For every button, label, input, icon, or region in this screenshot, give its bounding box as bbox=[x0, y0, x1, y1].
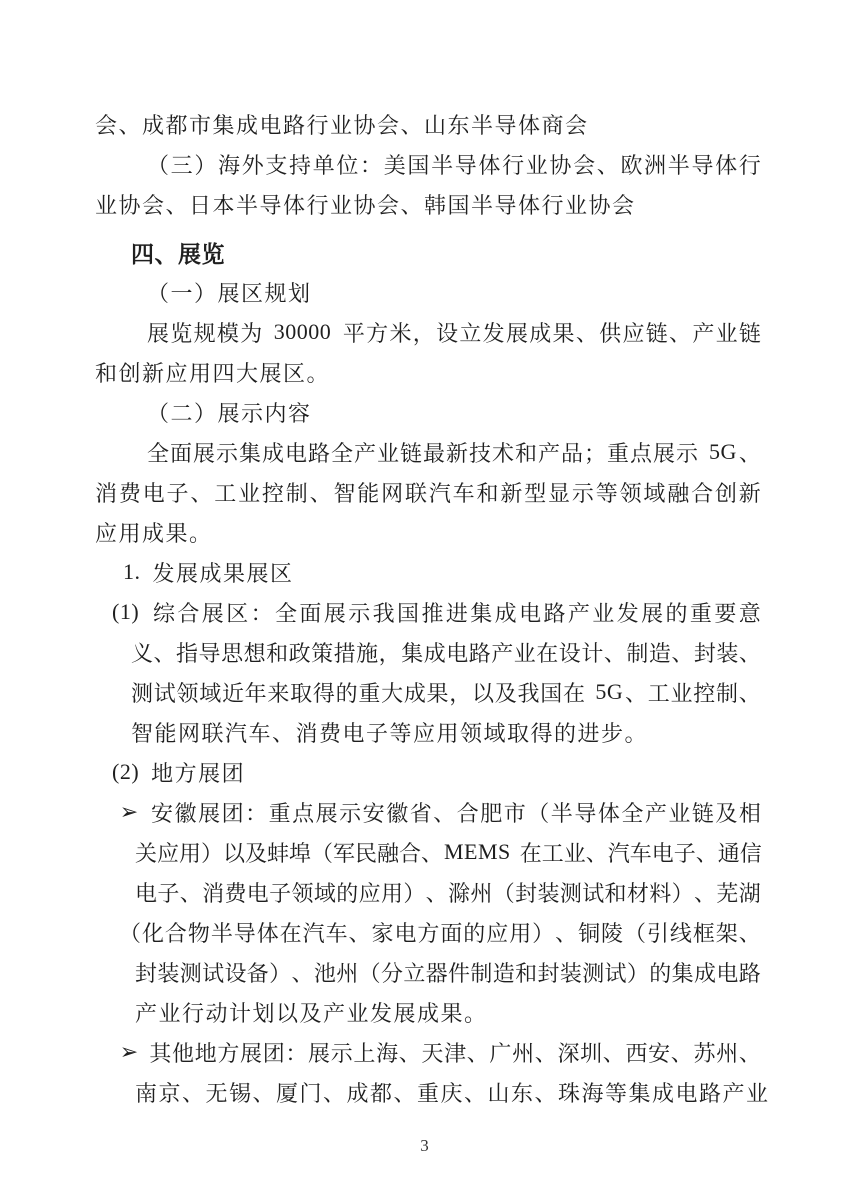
text-line: 义、指导思想和政策措施，集成电路产业在设计、制造、封装、 bbox=[95, 632, 761, 672]
text-line: 四、展览 bbox=[95, 232, 761, 272]
text-line: 1.发展成果展区 bbox=[95, 552, 761, 592]
text-line: 和创新应用四大展区。 bbox=[95, 352, 761, 392]
text-line: 会、成都市集成电路行业协会、山东半导体商会 bbox=[95, 104, 761, 144]
text-line: 全面展示集成电路全产业链最新技术和产品；重点展示5G、 bbox=[95, 432, 761, 472]
text-line: 业协会、日本半导体行业协会、韩国半导体行业协会 bbox=[95, 184, 761, 224]
text-line: 电子、消费电子领域的应用）、滁州（封装测试和材料）、芜湖 bbox=[95, 872, 761, 912]
text-line: （二）展示内容 bbox=[95, 392, 761, 432]
document-body: 会、成都市集成电路行业协会、山东半导体商会（三）海外支持单位：美国半导体行业协会… bbox=[95, 104, 761, 1112]
text-line: 关应用）以及蚌埠（军民融合、MEMS在工业、汽车电子、通信 bbox=[95, 832, 761, 872]
text-line: ➢安徽展团：重点展示安徽省、合肥市（半导体全产业链及相 bbox=[95, 792, 761, 832]
text-line: （化合物半导体在汽车、家电方面的应用）、铜陵（引线框架、 bbox=[95, 912, 761, 952]
text-line: 消费电子、工业控制、智能网联汽车和新型显示等领域融合创新 bbox=[95, 472, 761, 512]
text-line: ➢其他地方展团：展示上海、天津、广州、深圳、西安、苏州、 bbox=[95, 1032, 761, 1072]
text-line: 测试领域近年来取得的重大成果，以及我国在5G、工业控制、 bbox=[95, 672, 761, 712]
text-line: （三）海外支持单位：美国半导体行业协会、欧洲半导体行 bbox=[95, 144, 761, 184]
text-line: 封装测试设备）、池州（分立器件制造和封装测试）的集成电路 bbox=[95, 952, 761, 992]
text-line: 智能网联汽车、消费电子等应用领域取得的进步。 bbox=[95, 712, 761, 752]
text-line: 南京、无锡、厦门、成都、重庆、山东、珠海等集成电路产业 bbox=[95, 1072, 761, 1112]
text-line: (1)综合展区：全面展示我国推进集成电路产业发展的重要意 bbox=[95, 592, 761, 632]
text-line: 应用成果。 bbox=[95, 512, 761, 552]
text-line: 展览规模为30000平方米，设立发展成果、供应链、产业链 bbox=[95, 312, 761, 352]
page-number: 3 bbox=[0, 1136, 849, 1156]
text-line: （一）展区规划 bbox=[95, 272, 761, 312]
text-line: 产业行动计划以及产业发展成果。 bbox=[95, 992, 761, 1032]
text-line: (2)地方展团 bbox=[95, 752, 761, 792]
document-page: 会、成都市集成电路行业协会、山东半导体商会（三）海外支持单位：美国半导体行业协会… bbox=[0, 0, 849, 1200]
